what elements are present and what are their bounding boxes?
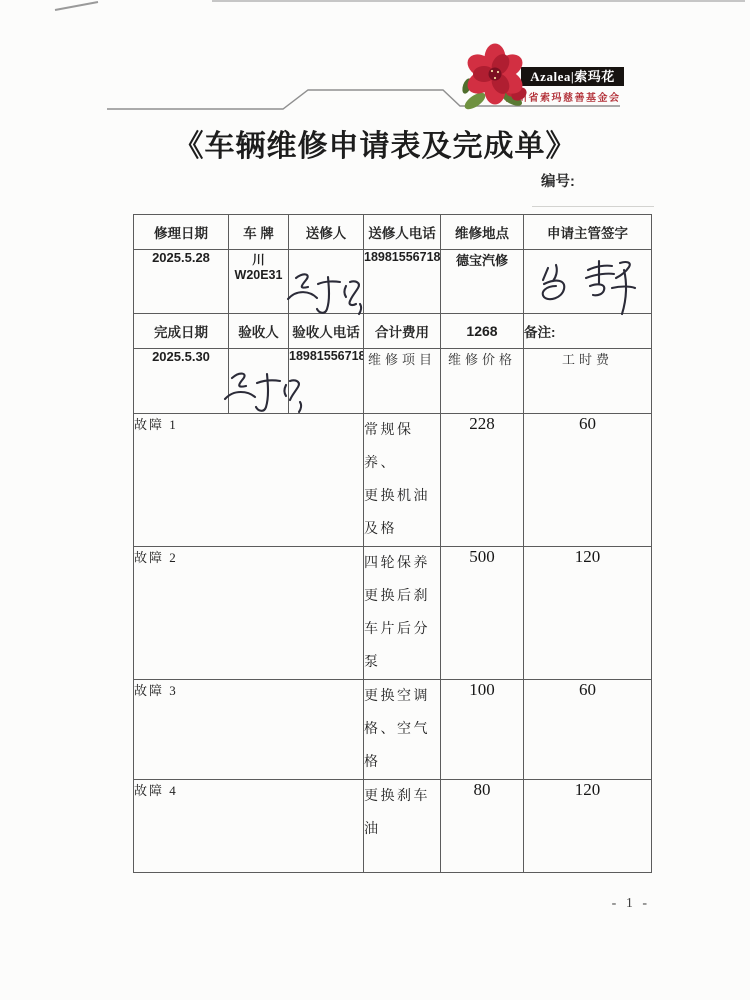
fault-row-1: 故障 1 常规保养、 更换机油 及格 228 60 <box>134 414 652 547</box>
page-number: - 1 - <box>612 896 650 912</box>
azalea-flower-icon <box>455 38 535 114</box>
completion-date-value: 2025.5.30 <box>134 349 229 414</box>
brand-wordmark: Azalea|索玛花 <box>521 67 624 86</box>
header-row-request: 修理日期 车 牌 送修人 送修人电话 维修地点 申请主管签字 <box>134 215 652 250</box>
fault-3-item: 更换空调 格、空气格 <box>364 680 441 780</box>
subheader-labor-fee: 工时费 <box>524 349 652 414</box>
fault-1-price: 228 <box>441 414 524 547</box>
header-location: 维修地点 <box>441 215 524 250</box>
header-repair-date: 修理日期 <box>134 215 229 250</box>
subheader-repair-price: 维修价格 <box>441 349 524 414</box>
fault-2-price: 500 <box>441 547 524 680</box>
fault-row-2: 故障 2 四轮保养 更换后刹 车片后分 泵 500 120 <box>134 547 652 680</box>
location-value: 德宝汽修 <box>441 250 524 314</box>
manager-handwritten-signature <box>536 256 640 320</box>
fault-3-label: 故障 3 <box>134 680 364 780</box>
fault-1-item: 常规保养、 更换机油 及格 <box>364 414 441 547</box>
fault-2-labor: 120 <box>524 547 652 680</box>
header-completion-date: 完成日期 <box>134 314 229 349</box>
serial-number-label: 编号: <box>541 170 575 191</box>
form-title: 《车辆维修申请表及完成单》 <box>0 121 750 165</box>
acceptor-handwritten-signature <box>222 366 306 418</box>
header-sender-phone: 送修人电话 <box>364 215 441 250</box>
fault-3-labor: 60 <box>524 680 652 780</box>
fault-4-labor: 120 <box>524 780 652 873</box>
fault-row-4: 故障 4 更换刹车 油 80 120 <box>134 780 652 873</box>
fault-2-label: 故障 2 <box>134 547 364 680</box>
repair-date-value: 2025.5.28 <box>134 250 229 314</box>
header-manager-signature: 申请主管签字 <box>524 215 652 250</box>
sender-phone-value: 18981556718 <box>364 250 441 314</box>
scanned-form-page: Azalea|索玛花 四川省索玛慈善基金会 《车辆维修申请表及完成单》 编号: … <box>0 0 750 1000</box>
header-acceptor: 验收人 <box>229 314 289 349</box>
completion-data-row: 2025.5.30 18981556718 维修项目 维修价格 工时费 <box>134 349 652 414</box>
header-total-cost: 合计费用 <box>364 314 441 349</box>
plate-value: 川W20E31 <box>229 250 289 314</box>
fault-1-labor: 60 <box>524 414 652 547</box>
serial-number-blank-line <box>532 206 654 207</box>
sender-handwritten-signature <box>284 268 364 320</box>
total-cost-value: 1268 <box>441 314 524 349</box>
fault-3-price: 100 <box>441 680 524 780</box>
header-sender: 送修人 <box>289 215 364 250</box>
fault-4-item: 更换刹车 油 <box>364 780 441 873</box>
header-plate: 车 牌 <box>229 215 289 250</box>
fault-4-label: 故障 4 <box>134 780 364 873</box>
fault-4-price: 80 <box>441 780 524 873</box>
fault-1-label: 故障 1 <box>134 414 364 547</box>
subheader-repair-item: 维修项目 <box>364 349 441 414</box>
fault-2-item: 四轮保养 更换后刹 车片后分 泵 <box>364 547 441 680</box>
fault-row-3: 故障 3 更换空调 格、空气格 100 60 <box>134 680 652 780</box>
org-logo: Azalea|索玛花 四川省索玛慈善基金会 <box>455 36 645 111</box>
